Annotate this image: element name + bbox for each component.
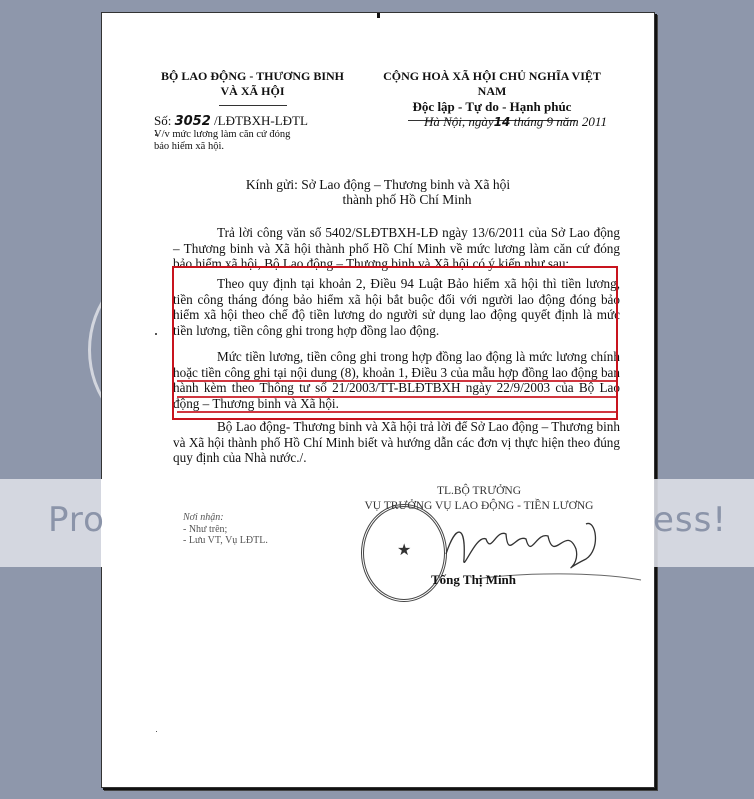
agency-line-1: BỘ LAO ĐỘNG - THƯƠNG BINH bbox=[150, 69, 355, 84]
subject-line-2: bảo hiểm xã hội. bbox=[154, 141, 304, 153]
recipient-line-2: thành phố Hồ Chí Minh bbox=[102, 192, 654, 207]
document-page: BỘ LAO ĐỘNG - THƯƠNG BINH VÀ XÃ HỘI CỘNG… bbox=[101, 12, 655, 788]
date-prefix: Hà Nội, ngày bbox=[424, 114, 494, 129]
paragraph-text: Trả lời công văn số 5402/SLĐTBXH-LĐ ngày… bbox=[173, 225, 620, 271]
paragraph-text: Bộ Lao động- Thương binh và Xã hội trả l… bbox=[173, 419, 620, 465]
date-day: 14 bbox=[494, 115, 511, 129]
header-rule bbox=[219, 105, 287, 106]
recipient-address: Kính gửi: Sở Lao động – Thương binh và X… bbox=[102, 177, 654, 207]
country-name: CỘNG HOÀ XÃ HỘI CHỦ NGHĨA VIỆT NAM bbox=[372, 69, 612, 99]
motto: Độc lập - Tự do - Hạnh phúc bbox=[372, 99, 612, 114]
number-suffix: /LĐTBXH-LĐTL bbox=[214, 113, 308, 128]
subject-line-1: V/v mức lương làm căn cứ đóng bbox=[154, 129, 304, 141]
document-date: Hà Nội, ngày14 tháng 9 năm 2011 bbox=[424, 114, 607, 130]
highlight-underline bbox=[177, 411, 617, 413]
watermark-text-right: ess! bbox=[653, 500, 727, 540]
agency-line-2: VÀ XÃ HỘI bbox=[150, 84, 355, 99]
paragraph-intro: Trả lời công văn số 5402/SLĐTBXH-LĐ ngày… bbox=[173, 225, 620, 272]
number-label: Số: bbox=[154, 113, 171, 128]
highlight-underline bbox=[177, 396, 617, 398]
watermark-text-left: Pro bbox=[48, 500, 105, 540]
paragraph-closing: Bộ Lao động- Thương binh và Xã hội trả l… bbox=[173, 419, 620, 466]
number-value: 3052 bbox=[175, 114, 211, 129]
recipient-line-1: Kính gửi: Sở Lao động – Thương binh và X… bbox=[102, 177, 654, 192]
page-top-mark bbox=[377, 13, 380, 18]
margin-dot bbox=[155, 333, 157, 335]
issuing-agency-header: BỘ LAO ĐỘNG - THƯƠNG BINH VÀ XÃ HỘI bbox=[150, 69, 355, 106]
page-region-under-banner bbox=[101, 479, 654, 567]
margin-dot bbox=[155, 134, 157, 136]
margin-dot bbox=[156, 731, 157, 732]
highlight-underline bbox=[177, 380, 617, 382]
date-suffix: tháng 9 năm 2011 bbox=[510, 114, 607, 129]
document-number: Số: 3052 /LĐTBXH-LĐTL bbox=[154, 113, 308, 129]
document-subject: V/v mức lương làm căn cứ đóng bảo hiểm x… bbox=[154, 129, 304, 153]
